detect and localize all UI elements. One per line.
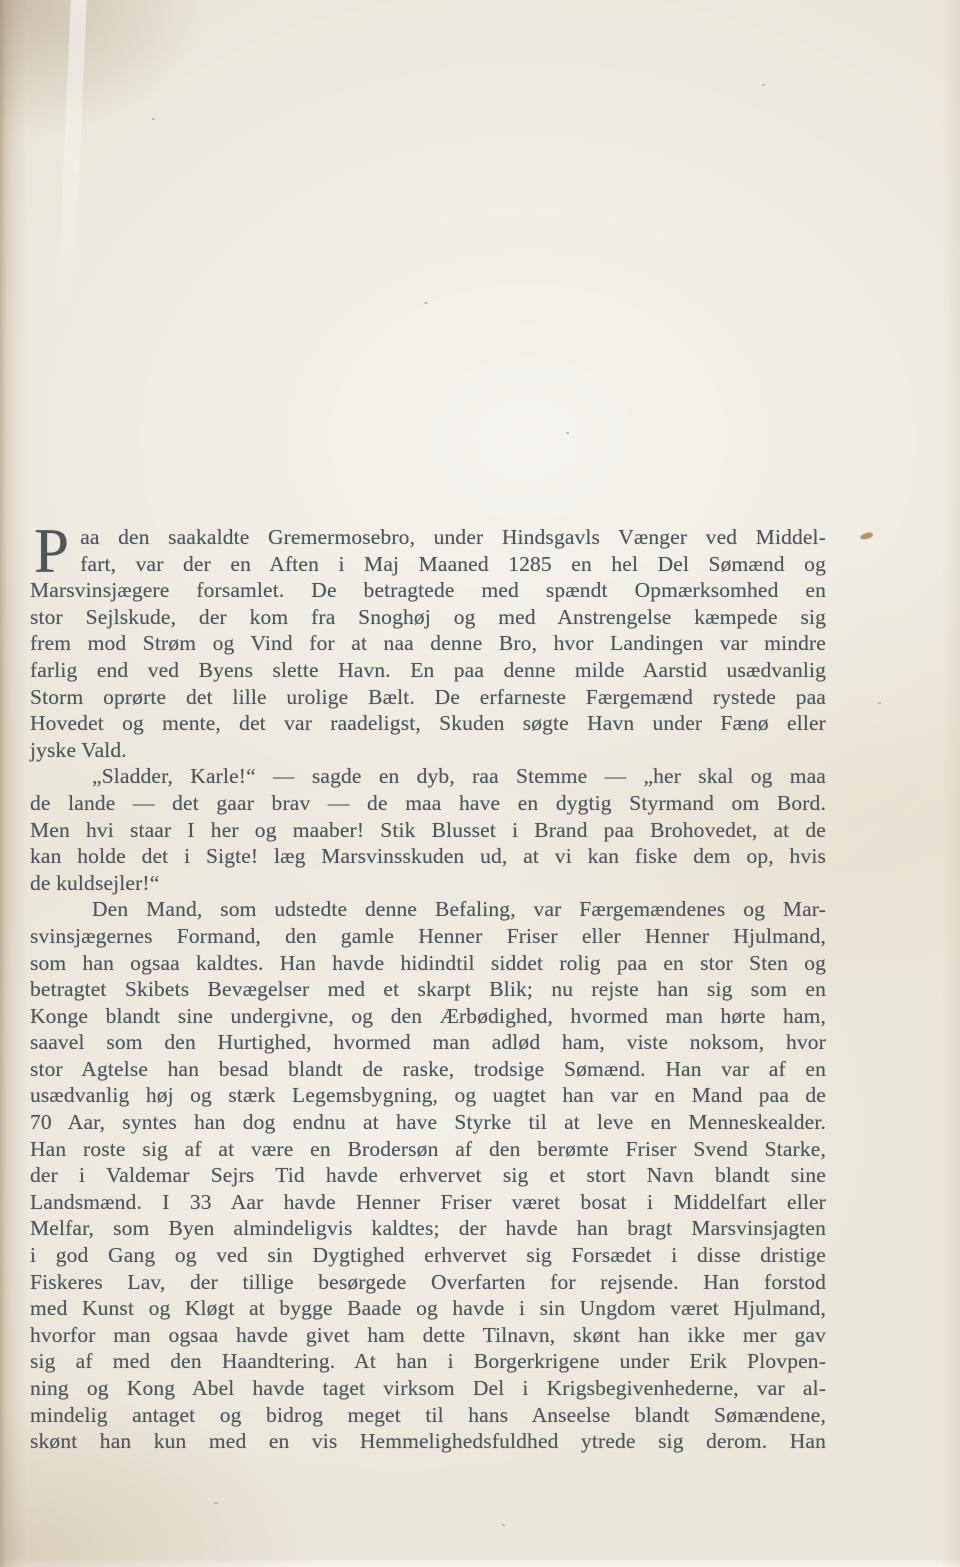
text-line: svinsjægernes Formand, den gamle Henner … (30, 923, 826, 950)
text-line: Men hvi staar I her og maaber! Stik Blus… (30, 817, 826, 844)
text-line: hvorfor man ogsaa havde givet ham dette … (30, 1322, 826, 1349)
paragraph-2: „Sladder, Karle!“ — sagde en dyb, raa St… (30, 763, 826, 896)
text-line: aa den saakaldte Gremermosebro, under Hi… (30, 524, 826, 551)
text-line: Landsmænd. I 33 Aar havde Henner Friser … (30, 1189, 826, 1216)
text-line: sig af med den Haandtering. At han i Bor… (30, 1348, 826, 1375)
text-line: frem mod Strøm og Vind for at naa denne … (30, 630, 826, 657)
paragraph-3: Den Mand, som udstedte denne Befaling, v… (30, 896, 826, 1454)
text-line: Konge blandt sine undergivne, og den Ærb… (30, 1003, 826, 1030)
text-line: 70 Aar, syntes han dog endnu at have Sty… (30, 1109, 826, 1136)
text-line: Marsvinsjægere forsamlet. De betragtede … (30, 577, 826, 604)
text-line: „Sladder, Karle!“ — sagde en dyb, raa St… (30, 763, 826, 790)
paper-fleck (878, 702, 881, 704)
book-page-scan: P aa den saakaldte Gremermosebro, under … (0, 0, 960, 1567)
ink-speck (859, 532, 873, 541)
text-line: ning og Kong Abel havde taget virksom De… (30, 1375, 826, 1402)
text-line: betragtet Skibets Bevægelser med et skar… (30, 976, 826, 1003)
paper-fleck (214, 1502, 218, 1504)
text-line: de lande — det gaar brav — de maa have e… (30, 790, 826, 817)
text-line: Storm oprørte det lille urolige Bælt. De… (30, 684, 826, 711)
text-line: i god Gang og ved sin Dygtighed erhverve… (30, 1242, 826, 1269)
paper-light-streak (57, 0, 87, 320)
page-text-block: P aa den saakaldte Gremermosebro, under … (30, 524, 826, 1455)
text-line: farlig end ved Byens slette Havn. En paa… (30, 657, 826, 684)
text-line: Den Mand, som udstedte denne Befaling, v… (30, 896, 826, 923)
text-line: usædvanlig høj og stærk Legemsbygning, o… (30, 1082, 826, 1109)
text-line: Fiskeres Lav, der tillige besørgede Over… (30, 1269, 826, 1296)
text-line: stor Agtelse han besad blandt de raske, … (30, 1056, 826, 1083)
paper-fleck (566, 432, 569, 434)
paper-fleck (762, 84, 765, 86)
text-line: kan holde det i Sigte! læg Marsvinsskude… (30, 843, 826, 870)
text-line: stor Sejlskude, der kom fra Snoghøj og m… (30, 604, 826, 631)
text-line: Melfar, som Byen almindeligvis kaldtes; … (30, 1215, 826, 1242)
text-line: Han roste sig af at være en Brodersøn af… (30, 1136, 826, 1163)
paper-fleck (424, 302, 428, 304)
drop-cap-letter: P (30, 524, 80, 577)
paper-fleck (502, 1524, 505, 1526)
text-line: de kuldsejler!“ (30, 870, 826, 897)
paragraph-1: P aa den saakaldte Gremermosebro, under … (30, 524, 826, 763)
text-line: saavel som den Hurtighed, hvormed man ad… (30, 1029, 826, 1056)
text-line: skønt han kun med en vis Hemmelighedsful… (30, 1428, 826, 1455)
text-line: fart, var der en Aften i Maj Maaned 1285… (30, 551, 826, 578)
text-line: Hovedet og mente, det var raadeligst, Sk… (30, 710, 826, 737)
paper-fleck (152, 118, 155, 120)
text-line: der i Valdemar Sejrs Tid havde erhvervet… (30, 1162, 826, 1189)
text-line: med Kunst og Kløgt at bygge Baade og hav… (30, 1295, 826, 1322)
text-line: jyske Vald. (30, 737, 826, 764)
text-line: som han ogsaa kaldtes. Han havde hidindt… (30, 950, 826, 977)
text-line: mindelig antaget og bidrog meget til han… (30, 1402, 826, 1429)
